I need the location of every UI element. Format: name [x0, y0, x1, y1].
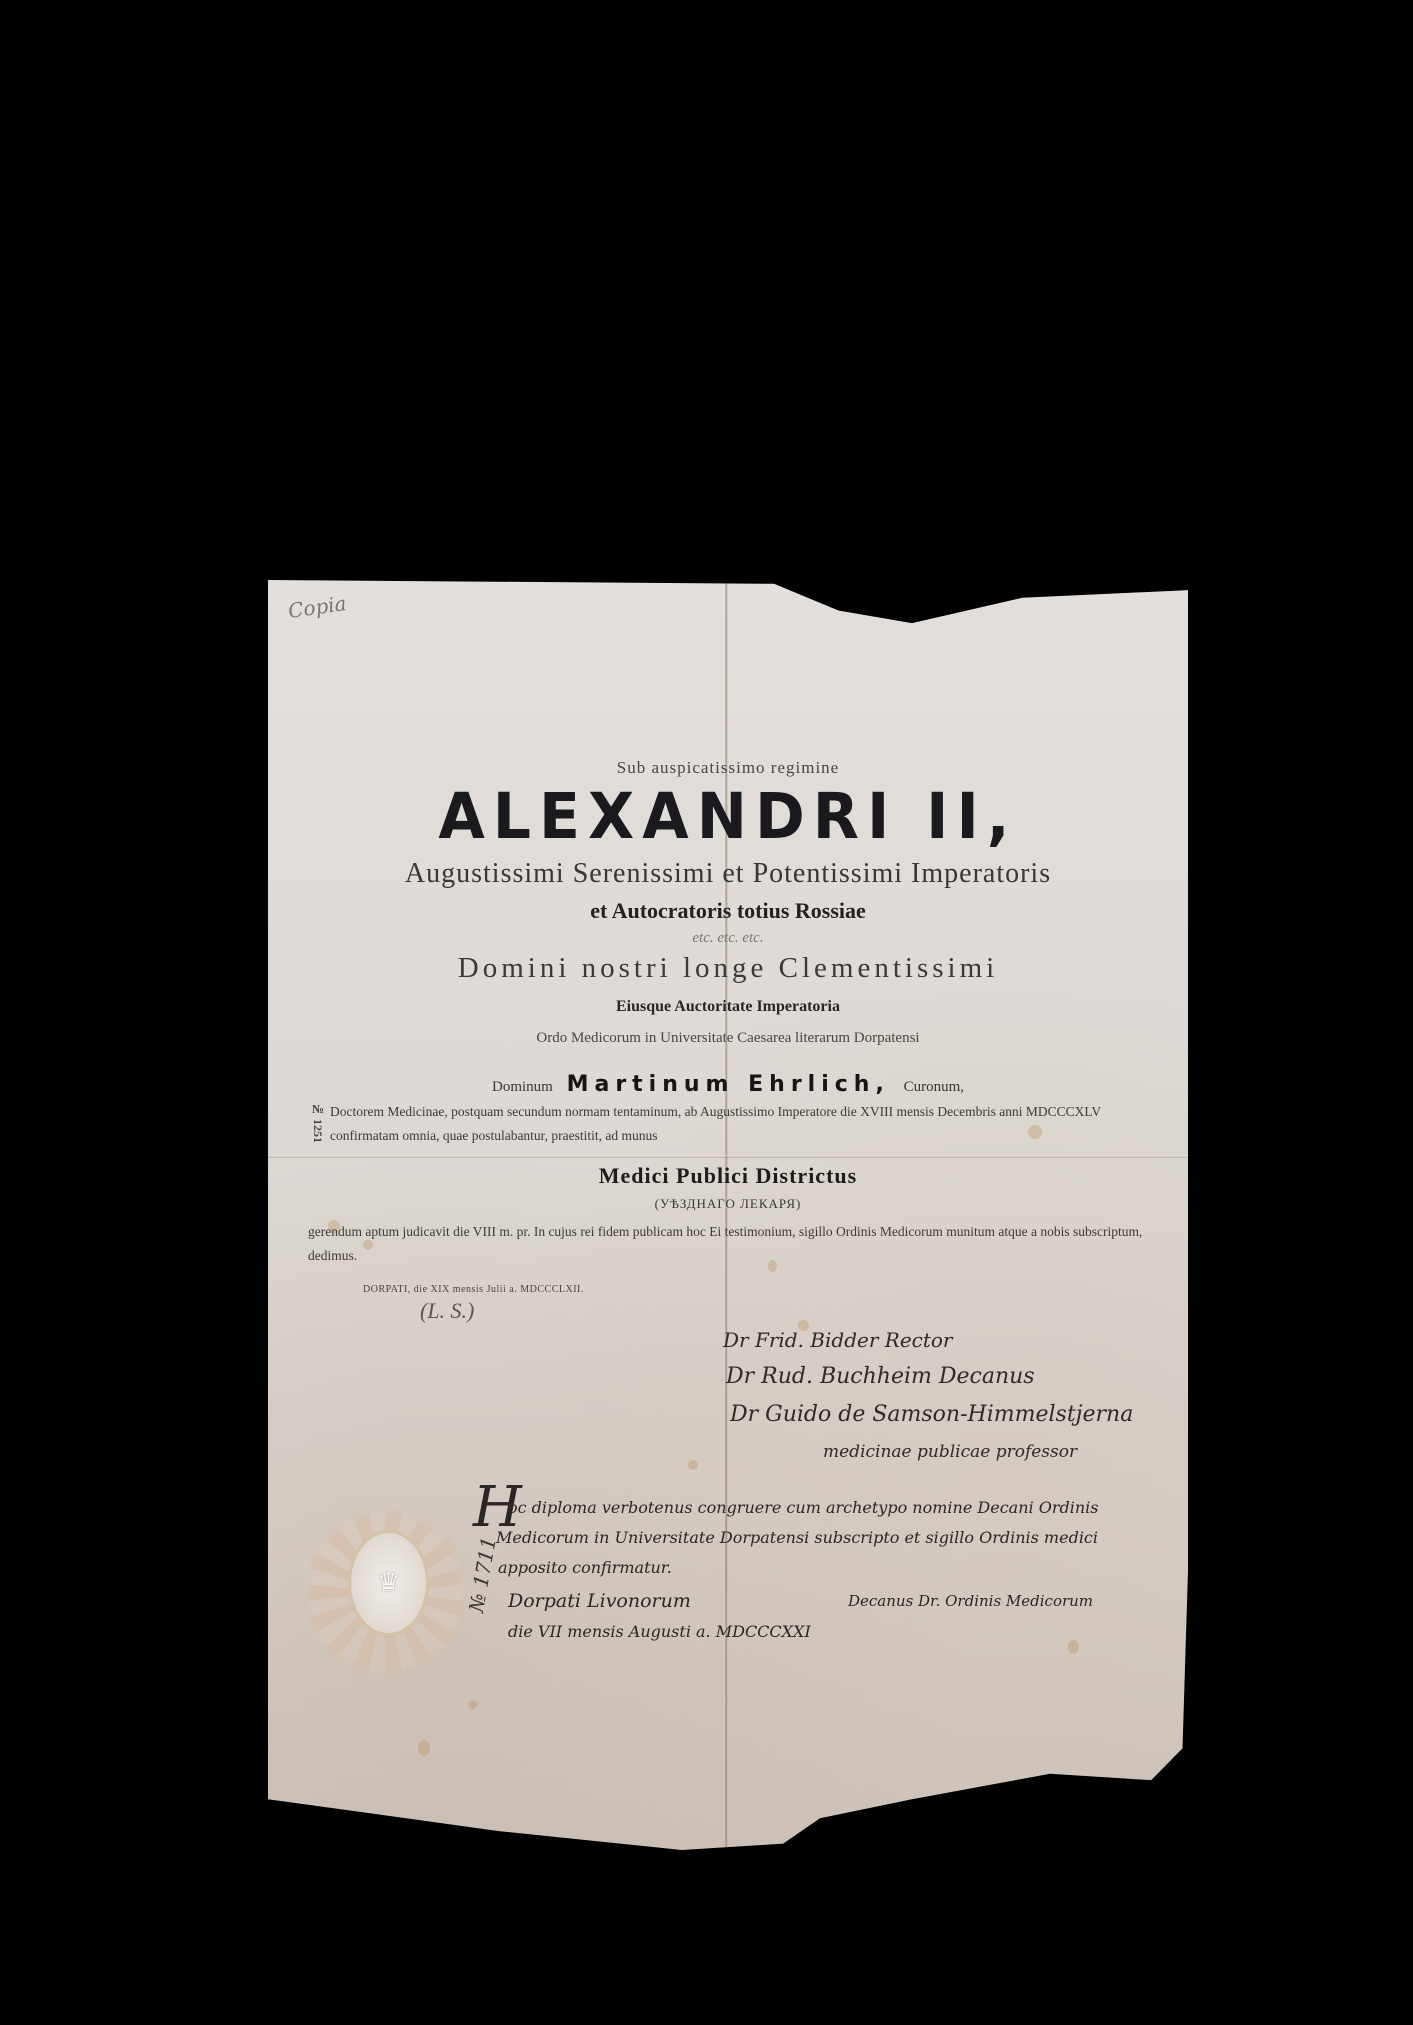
margin-registry-mark: № 1251 [310, 1102, 325, 1143]
signature-rector: Dr Frid. Bidder Rector [723, 1328, 953, 1352]
horizontal-fold-crease [268, 1155, 1188, 1158]
foxing-spot [468, 1700, 477, 1709]
issue-dateline: DORPATI, die XIX mensis Julii a. MDCCCLX… [363, 1284, 584, 1295]
certification-line-2: Medicorum in Universitate Dorpatensi sub… [496, 1528, 1098, 1547]
certification-place: Dorpati Livonorum [508, 1590, 691, 1612]
recipient-prefix: Dominum [492, 1079, 553, 1095]
signature-professor: Dr Guido de Samson-Himmelstjerna [730, 1402, 1133, 1427]
embossed-seal-icon: ♛ [348, 1530, 429, 1636]
locus-sigilli: (L. S.) [420, 1298, 474, 1324]
recipient-name: Martinum Ehrlich, [567, 1072, 890, 1097]
diploma-document: Copia Sub auspicatissimo regimine ALEXAN… [268, 580, 1188, 1850]
etc-line: etc. etc. etc. [268, 930, 1188, 947]
faculty-line: Ordo Medicorum in Universitate Caesarea … [268, 1030, 1188, 1047]
signature-decanus: Dr Rud. Buchheim Decanus [726, 1364, 1035, 1389]
body-paragraph-2: gerendum aptum judicavit die VIII m. pr.… [308, 1220, 1148, 1268]
certification-line-1: oc diploma verbotenus congruere cum arch… [508, 1498, 1098, 1517]
authority-line: Eiusque Auctoritate Imperatoria [268, 998, 1188, 1016]
document-title: ALEXANDRI II, [268, 780, 1188, 854]
foxing-spot [418, 1740, 430, 1756]
recipient-origin: Curonum, [904, 1079, 964, 1095]
corner-handwritten-note: Copia [287, 591, 348, 623]
signature-professor-title: medicinae publicae professor [823, 1442, 1077, 1462]
degree-title: Medici Publici Districtus [268, 1163, 1188, 1189]
certification-line-3: apposito confirmatur. [498, 1558, 672, 1577]
certification-date: die VII mensis Augusti a. MDCCCXXI [508, 1622, 811, 1641]
subtitle-line-1: Augustissimi Serenissimi et Potentissimi… [268, 858, 1188, 890]
domini-line: Domini nostri longe Clementissimi [268, 952, 1188, 985]
body-paragraph-1: Doctorem Medicinae, postquam secundum no… [330, 1100, 1120, 1148]
subtitle-line-2: et Autocratoris totius Rossiae [268, 898, 1188, 924]
crown-icon: ♛ [377, 1568, 400, 1598]
certification-decanus-signature: Decanus Dr. Ordinis Medicorum [848, 1592, 1093, 1610]
recipient-line: Dominum Martinum Ehrlich, Curonum, [268, 1072, 1188, 1097]
foxing-spot [1068, 1640, 1079, 1654]
foxing-spot [688, 1460, 698, 1470]
degree-cyrillic: (УѢЗДНАГО ЛЕКАРЯ) [268, 1196, 1188, 1212]
preface-line: Sub auspicatissimo regimine [268, 758, 1188, 778]
